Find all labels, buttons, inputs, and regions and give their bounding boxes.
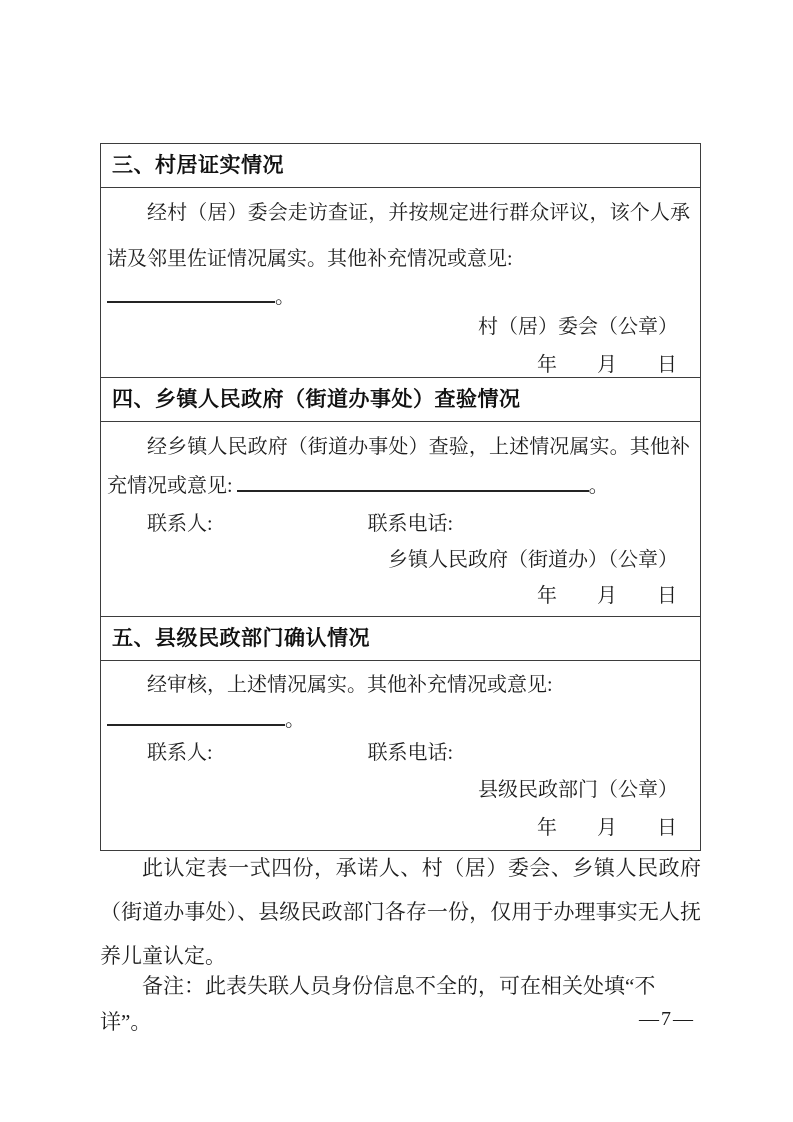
contact-row: 联系人: 联系电话:	[107, 735, 690, 771]
blank-underline	[107, 705, 285, 726]
section-paragraph: 经审核，上述情况属实。其他补充情况或意见:	[107, 665, 690, 705]
remark-note: 备注：此表失联人员身份信息不全的，可在相关处填“不详”。	[100, 968, 701, 1040]
closing-note: 此认定表一式四份，承诺人、村（居）委会、乡镇人民政府（街道办事处）、县级民政部门…	[100, 846, 701, 978]
section-title: 三、村居证实情况	[101, 144, 700, 188]
section-body: 经乡镇人民政府（街道办事处）查验，上述情况属实。其他补充情况或意见:。 联系人:…	[101, 428, 700, 617]
section-body: 经审核，上述情况属实。其他补充情况或意见: 。 联系人: 联系电话: 县级民政部…	[101, 665, 700, 850]
verification-form-table: 三、村居证实情况 经村（居）委会走访查证，并按规定进行群众评议，该个人承诺及邻里…	[100, 143, 701, 851]
contact-phone-label: 联系电话:	[368, 513, 454, 535]
blank-underline	[107, 282, 275, 303]
section-paragraph: 经乡镇人民政府（街道办事处）查验，上述情况属实。其他补充情况或意见:。	[107, 428, 690, 506]
blank-underline	[237, 471, 589, 492]
date-line: 年 月 日	[107, 578, 690, 614]
section-paragraph: 经村（居）委会走访查证，并按规定进行群众评议，该个人承诺及邻里佐证情况属实。其他…	[107, 190, 690, 282]
stamp-line: 县级民政部门（公章）	[107, 771, 690, 809]
section-title: 五、县级民政部门确认情况	[101, 617, 700, 661]
stamp-line: 村（居）委会（公章）	[107, 308, 690, 346]
section-village-verification: 三、村居证实情况 经村（居）委会走访查证，并按规定进行群众评议，该个人承诺及邻里…	[101, 144, 700, 378]
contact-person-label: 联系人:	[147, 742, 213, 764]
blank-period: 。	[285, 709, 305, 731]
contact-phone-label: 联系电话:	[368, 742, 454, 764]
section-title: 四、乡镇人民政府（街道办事处）查验情况	[101, 378, 700, 422]
section-township-check: 四、乡镇人民政府（街道办事处）查验情况 经乡镇人民政府（街道办事处）查验，上述情…	[101, 378, 700, 617]
fill-in-blank-row: 。	[107, 282, 690, 308]
stamp-line: 乡镇人民政府（街道办）（公章）	[107, 542, 690, 578]
fill-in-blank-row: 。	[107, 705, 690, 735]
date-line: 年 月 日	[107, 809, 690, 847]
contact-person-label: 联系人:	[147, 513, 213, 535]
blank-period: 。	[275, 286, 295, 308]
document-page: 三、村居证实情况 经村（居）委会走访查证，并按规定进行群众评议，该个人承诺及邻里…	[0, 0, 793, 1122]
blank-period: 。	[589, 475, 609, 497]
contact-row: 联系人: 联系电话:	[107, 506, 690, 542]
section-county-confirmation: 五、县级民政部门确认情况 经审核，上述情况属实。其他补充情况或意见: 。 联系人…	[101, 617, 700, 850]
section-body: 经村（居）委会走访查证，并按规定进行群众评议，该个人承诺及邻里佐证情况属实。其他…	[101, 190, 700, 378]
page-number: —7—	[639, 1008, 695, 1031]
